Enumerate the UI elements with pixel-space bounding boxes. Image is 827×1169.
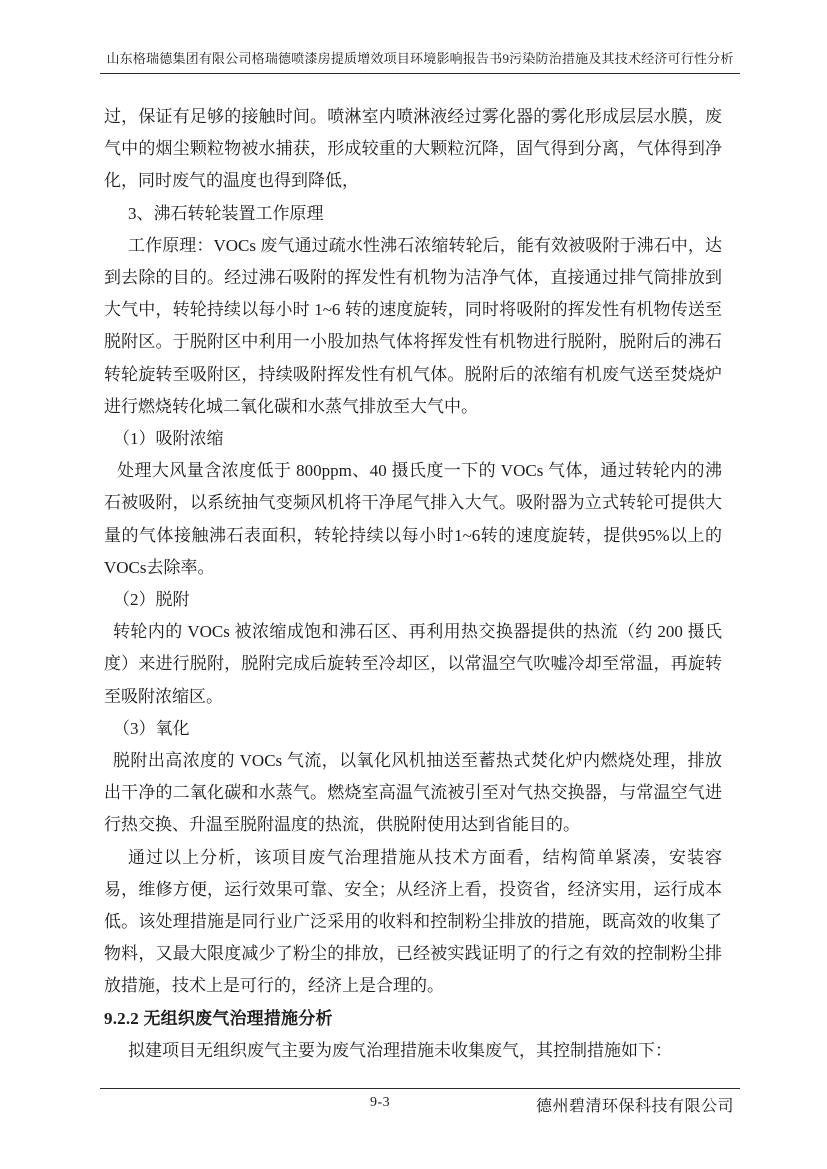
paragraph-working-principle: 工作原理：VOCs 废气通过疏水性沸石浓缩转轮后，能有效被吸附于沸石中，达到去除… (104, 230, 722, 423)
paragraph-analysis-conclusion: 通过以上分析，该项目废气治理措施从技术方面看，结构简单紧凑，安装容易，维修方便，… (104, 842, 722, 1003)
paragraph-desorption: 转轮内的 VOCs 被浓缩成饱和沸石区、再利用热交换器提供的热流（约 200 摄… (104, 616, 722, 713)
document-page: 山东格瑞德集团有限公司格瑞德喷漆房提质增效项目环境影响报告书9污染防治措施及其技… (0, 0, 827, 1169)
page-number: 9-3 (370, 1095, 390, 1111)
subheading-oxidation: （3）氧化 (104, 713, 722, 745)
subheading-desorption: （2）脱附 (104, 584, 722, 616)
header-title: 山东格瑞德集团有限公司格瑞德喷漆房提质增效项目环境影响报告书9污染防治措施及其技… (100, 48, 740, 67)
paragraph-adsorption: 处理大风量含浓度低于 800ppm、40 摄氏度一下的 VOCs 气体，通过转轮… (104, 455, 722, 584)
section-heading-922: 9.2.2 无组织废气治理措施分析 (104, 1003, 722, 1035)
subheading-adsorption: （1）吸附浓缩 (104, 423, 722, 455)
page-footer: 9-3 德州碧清环保科技有限公司 (100, 1088, 740, 1119)
document-body: 过，保证有足够的接触时间。喷淋室内喷淋液经过雾化器的雾化形成层层水膜，废气中的烟… (104, 101, 722, 1067)
paragraph-continuation: 过，保证有足够的接触时间。喷淋室内喷淋液经过雾化器的雾化形成层层水膜，废气中的烟… (104, 101, 722, 198)
footer-company-name: 德州碧清环保科技有限公司 (536, 1093, 734, 1116)
list-heading-zeolite-rotor: 3、沸石转轮装置工作原理 (104, 198, 722, 230)
paragraph-oxidation: 脱附出高浓度的 VOCs 气流，以氧化风机抽送至蓄热式焚化炉内燃烧处理，排放出干… (104, 745, 722, 842)
paragraph-fugitive-emissions: 拟建项目无组织废气主要为废气治理措施未收集废气，其控制措施如下： (104, 1035, 722, 1067)
page-header: 山东格瑞德集团有限公司格瑞德喷漆房提质增效项目环境影响报告书9污染防治措施及其技… (100, 48, 740, 74)
